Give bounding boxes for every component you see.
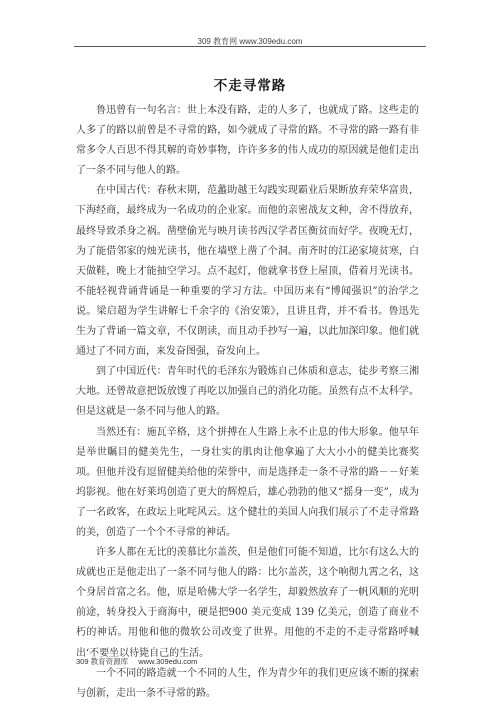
paragraph: 一个不同的路造就一个不同的人生，作为青少年的我们更应该不断的探索与创新，走出一条… (76, 664, 419, 704)
footer-site-name: 309 教育资源库 (76, 657, 128, 666)
footer-url: www.309edu.com (138, 657, 197, 666)
header-divider (74, 46, 426, 47)
document-body: 鲁迅曾有一句名言：世上本没有路，走的人多了，也就成了路。这些走的人多了的路以前曾… (76, 101, 419, 704)
paragraph: 鲁迅曾有一句名言：世上本没有路，走的人多了，也就成了路。这些走的人多了的路以前曾… (76, 101, 419, 181)
paragraph: 到了中国近代：青年时代的毛泽东为锻炼自己体质和意志，徒步考察三湘大地。还曾故意把… (76, 362, 419, 422)
page-footer: 309 教育资源库 www.309edu.com (76, 656, 197, 667)
paragraph: 许多人都在无比的羡慕比尔盖茨，但是他们可能不知道，比尔有这么大的成就也正是他走出… (76, 543, 419, 664)
paragraph: 在中国古代：春秋末期，范蠡助越王勾践实现霸业后果断放弃荣华富贵，下海经商，最终成… (76, 181, 419, 362)
paragraph: 当然还有：施瓦辛格，这个拼搏在人生路上永不止息的伟大形象。他早年是举世瞩目的健美… (76, 423, 419, 544)
document-title: 不走寻常路 (0, 74, 500, 94)
